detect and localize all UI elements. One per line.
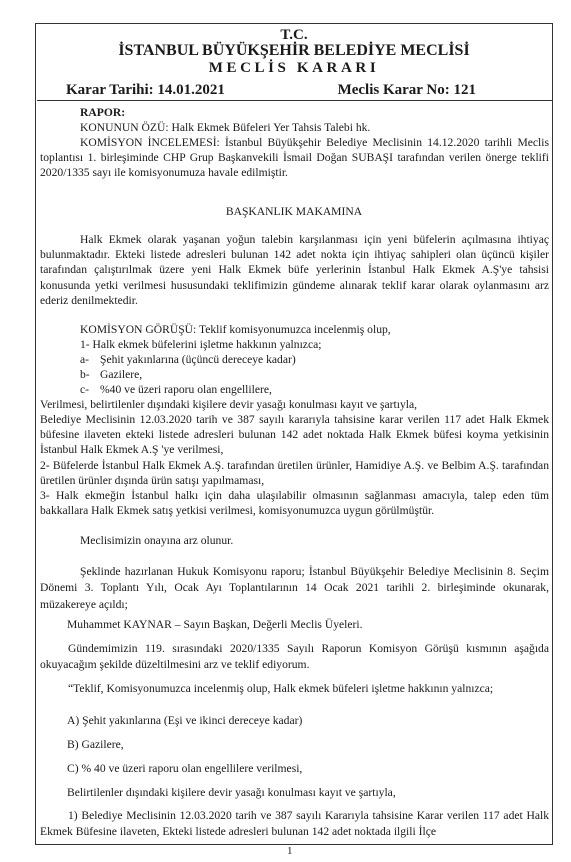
opinion-item-1-continued: Belediye Meclisinin 12.03.2020 tarih ve … bbox=[40, 412, 549, 458]
report-subject: KONUNUN ÖZÜ: Halk Ekmek Büfeleri Yer Tah… bbox=[80, 120, 370, 135]
decision-date: Karar Tarihi: 14.01.2021 bbox=[66, 82, 225, 99]
opinion-item-3: 3- Halk ekmeğin İstanbul halkı için daha… bbox=[40, 488, 549, 518]
page-number: 1 bbox=[287, 845, 293, 857]
proceedings-item: A) Şehit yakınlarına (Eşi ve ikinci dere… bbox=[67, 713, 302, 728]
report-request: Halk Ekmek olarak yaşanan yoğun talebin … bbox=[40, 232, 549, 308]
report-heading: RAPOR: bbox=[80, 105, 125, 120]
sub-item-marker: a- bbox=[80, 352, 100, 367]
proceedings-item: B) Gazilere, bbox=[67, 737, 124, 752]
header-decision-title: MECLİS KARARI bbox=[35, 60, 553, 77]
sub-item-text: Şehit yakınlarına (üçüncü dereceye kadar… bbox=[100, 353, 296, 366]
opinion-item-2: 2- Büfelerde İstanbul Halk Ekmek A.Ş. ta… bbox=[40, 458, 549, 488]
proceedings-intro: Şeklinde hazırlanan Hukuk Komisyonu rapo… bbox=[40, 564, 549, 613]
proceedings-quote-intro: “Teklif, Komisyonumuzca incelenmiş olup,… bbox=[40, 681, 549, 697]
report-addressee: BAŞKANLIK MAKAMINA bbox=[35, 204, 553, 219]
opinion-sub-item: a-Şehit yakınlarına (üçüncü dereceye kad… bbox=[80, 352, 296, 367]
decision-number: Meclis Karar No: 121 bbox=[338, 82, 476, 99]
opinion-sub-item: c-%40 ve üzeri raporu olan engellilere, bbox=[80, 382, 272, 397]
opinion-intro: KOMİSYON GÖRÜŞÜ: Teklif komisyonumuzca i… bbox=[80, 322, 391, 337]
proceedings-speaker: Muhammet KAYNAR – Sayın Başkan, Değerli … bbox=[67, 617, 363, 632]
header-organization: İSTANBUL BÜYÜKŞEHİR BELEDİYE MECLİSİ bbox=[35, 42, 553, 60]
proceedings-item: C) % 40 ve üzeri raporu olan engellilere… bbox=[67, 761, 302, 776]
report-review: KOMİSYON İNCELEMESİ: İstanbul Büyükşehir… bbox=[40, 135, 549, 181]
proceedings-motion: Gündemimizin 119. sırasındaki 2020/1335 … bbox=[40, 641, 549, 674]
sub-item-text: Gazilere, bbox=[100, 368, 142, 381]
sub-item-text: %40 ve üzeri raporu olan engellilere, bbox=[100, 383, 272, 396]
opinion-closing: Meclisimizin onayına arz olunur. bbox=[80, 533, 233, 548]
opinion-item-1: 1- Halk ekmek büfelerini işletme hakkını… bbox=[80, 337, 321, 352]
header-divider bbox=[37, 100, 552, 101]
opinion-condition: Verilmesi, belirtilenler dışındaki kişil… bbox=[40, 397, 417, 412]
sub-item-marker: b- bbox=[80, 367, 100, 382]
opinion-sub-item: b-Gazilere, bbox=[80, 367, 142, 382]
proceedings-item: Belirtilenler dışındaki kişilere devir y… bbox=[67, 785, 396, 800]
proceedings-point-1: 1) Belediye Meclisinin 12.03.2020 tarih … bbox=[40, 808, 549, 841]
sub-item-marker: c- bbox=[80, 382, 100, 397]
